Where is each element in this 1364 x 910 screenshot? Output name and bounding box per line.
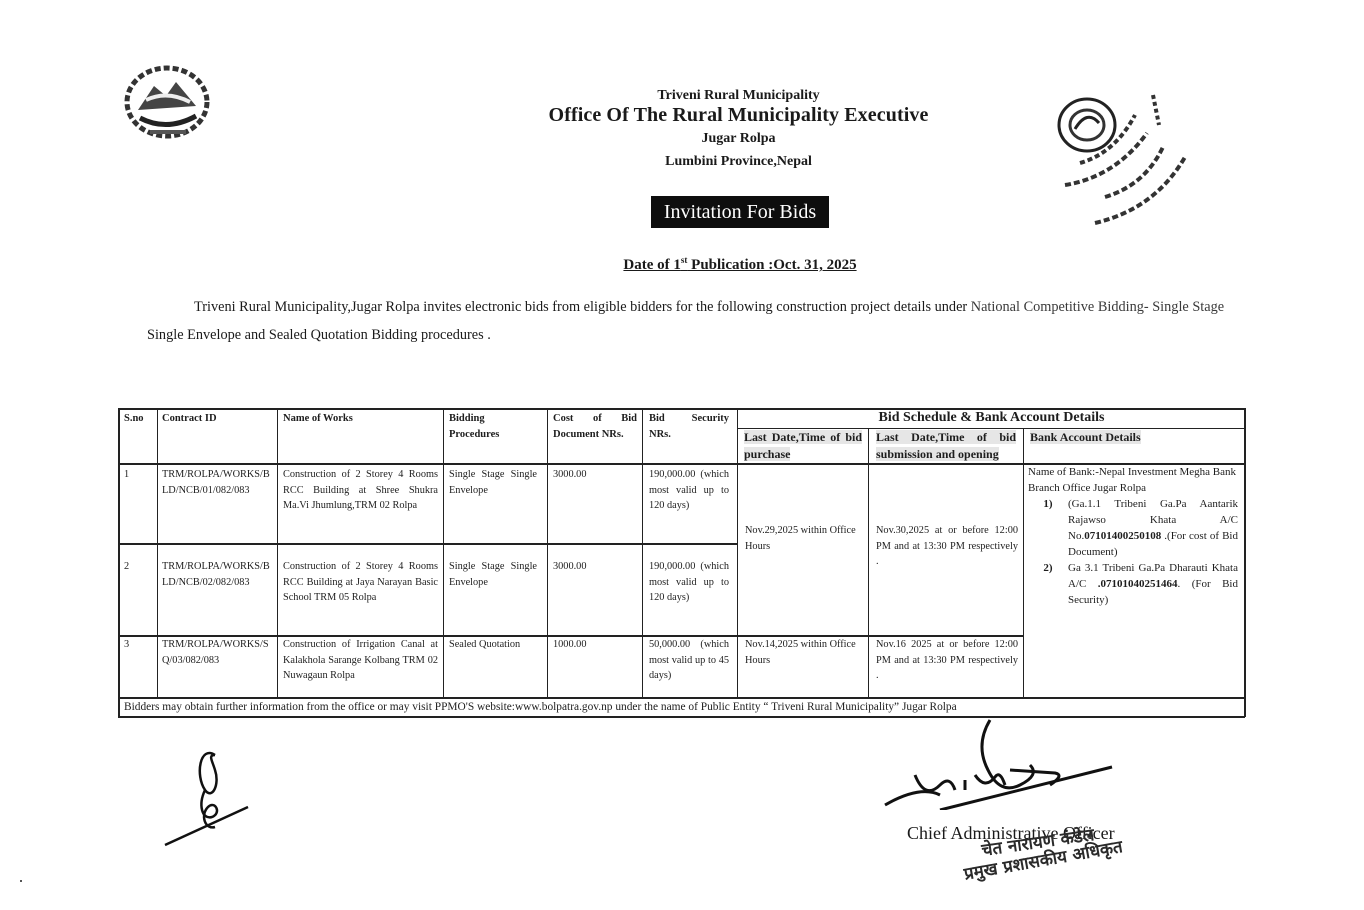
location-line-2: Lumbini Province,Nepal — [0, 154, 1364, 170]
bank-account-2: 2) Ga 3.1 Tribeni Ga.Pa Dharauti Khata A… — [1028, 560, 1238, 608]
row-2-sno: 2 — [124, 559, 154, 575]
header-cost-of-bid-document: Cost of Bid Document NRs. — [553, 411, 637, 442]
bank-details: Name of Bank:-Nepal Investment Megha Ban… — [1028, 464, 1238, 608]
row-2-bidding-procedure: Single Stage Single Envelope — [449, 559, 537, 590]
intro-paragraph-line-1: Triveni Rural Municipality,Jugar Rolpa i… — [194, 299, 1224, 316]
bids-table: S.no Contract ID Name of Works Bidding P… — [118, 408, 1245, 717]
office-title: Office Of The Rural Municipality Executi… — [0, 104, 1364, 127]
header-bid-security: Bid Security NRs. — [649, 411, 729, 442]
row-1-contract-id: TRM/ROLPA/WORKS/BLD/NCB/01/082/083 — [162, 467, 272, 498]
schedule-2-last-purchase: Nov.14,2025 within Office Hours — [745, 637, 863, 668]
row-3-bidding-procedure: Sealed Quotation — [449, 637, 537, 653]
row-3-cost: 1000.00 — [553, 637, 637, 653]
row-3-bid-security: 50,000.00 (which most valid up to 45 day… — [649, 637, 729, 684]
schedule-1-last-purchase: Nov.29,2025 within Office Hours — [745, 523, 863, 554]
schedule-1-last-submission: Nov.30,2025 at or before 12:00 PM and at… — [876, 523, 1018, 570]
row-1-sno: 1 — [124, 467, 154, 483]
row-3-sno: 3 — [124, 637, 154, 653]
row-1-bidding-procedure: Single Stage Single Envelope — [449, 467, 537, 498]
bank-branch: Branch Office Jugar Rolpa — [1028, 480, 1238, 496]
bank-name: Name of Bank:-Nepal Investment Megha Ban… — [1028, 464, 1238, 480]
header-last-purchase: Last Date,Time of bid purchase — [744, 429, 862, 463]
header-contract-id: Contract ID — [162, 411, 272, 427]
notice-title: Invitation For Bids — [651, 196, 829, 228]
location-line-1: Jugar Rolpa — [0, 131, 1364, 147]
row-1-bid-security: 190,000.00 (which most valid up to 120 d… — [649, 467, 729, 514]
bank-account-1: 1) (Ga.1.1 Tribeni Ga.Pa Aantarik Rajaws… — [1028, 496, 1238, 560]
row-1-cost: 3000.00 — [553, 467, 637, 483]
intro-paragraph-line-2: Single Envelope and Sealed Quotation Bid… — [147, 327, 491, 344]
header-last-submission: Last Date,Time of bid submission and ope… — [876, 429, 1016, 463]
municipality-name: Triveni Rural Municipality — [0, 88, 1364, 104]
row-1-name-of-works: Construction of 2 Storey 4 Rooms RCC Bui… — [283, 467, 438, 514]
row-2-bid-security: 190,000.00 (which most valid up to 120 d… — [649, 559, 729, 606]
row-3-contract-id: TRM/ROLPA/WORKS/SQ/03/082/083 — [162, 637, 272, 668]
row-2-cost: 3000.00 — [553, 559, 637, 575]
row-3-name-of-works: Construction of Irrigation Canal at Kala… — [283, 637, 438, 684]
scan-speck — [20, 880, 22, 882]
signature-left-icon — [160, 745, 260, 850]
row-2-contract-id: TRM/ROLPA/WORKS/BLD/NCB/02/082/083 — [162, 559, 272, 590]
header-bidding-procedures: Bidding Procedures — [449, 411, 521, 442]
header-name-of-works: Name of Works — [283, 411, 438, 427]
signature-right-icon — [880, 715, 1120, 810]
publication-date: Date of 1st Publication :Oct. 31, 2025 — [0, 255, 1364, 274]
footer-note: Bidders may obtain further information f… — [124, 698, 957, 716]
header-bank-details: Bank Account Details — [1030, 429, 1230, 446]
header-bid-schedule-group: Bid Schedule & Bank Account Details — [738, 409, 1245, 427]
header-sno: S.no — [124, 411, 154, 427]
row-2-name-of-works: Construction of 2 Storey 4 Rooms RCC Bui… — [283, 559, 438, 606]
schedule-2-last-submission: Nov.16 2025 at or before 12:00 PM and at… — [876, 637, 1018, 684]
